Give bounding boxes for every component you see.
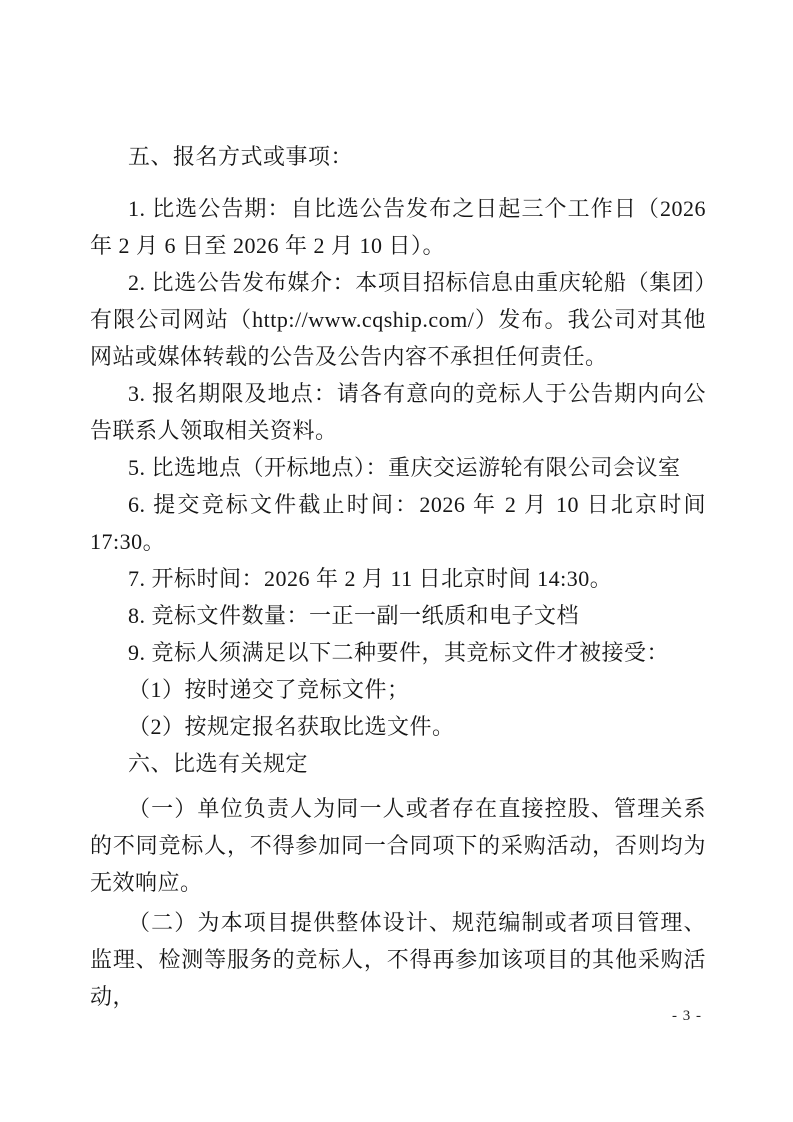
page-number: - 3 - bbox=[647, 1006, 727, 1026]
para-document-quantity: 8. 竞标文件数量：一正一副一纸质和电子文档 bbox=[90, 597, 706, 634]
section-heading-6: 六、比选有关规定 bbox=[90, 745, 706, 782]
para-requirement-1: （1）按时递交了竞标文件； bbox=[90, 671, 706, 708]
document-content: 五、报名方式或事项： 1. 比选公告期：自比选公告发布之日起三个工作日（2026… bbox=[90, 138, 706, 1015]
para-announcement-period: 1. 比选公告期：自比选公告发布之日起三个工作日（2026 年 2 月 6 日至… bbox=[90, 190, 706, 264]
para-submission-deadline: 6. 提交竞标文件截止时间：2026 年 2 月 10 日北京时间 17:30。 bbox=[90, 486, 706, 560]
para-requirement-2: （2）按规定报名获取比选文件。 bbox=[90, 708, 706, 745]
para-opening-time: 7. 开标时间：2026 年 2 月 11 日北京时间 14:30。 bbox=[90, 560, 706, 597]
para-acceptance-requirements: 9. 竞标人须满足以下二种要件，其竞标文件才被接受： bbox=[90, 634, 706, 671]
para-bid-opening-location: 5. 比选地点（开标地点）：重庆交运游轮有限公司会议室 bbox=[90, 449, 706, 486]
para-rule-1: （一）单位负责人为同一人或者存在直接控股、管理关系的不同竞标人，不得参加同一合同… bbox=[90, 790, 706, 901]
document-page: 五、报名方式或事项： 1. 比选公告期：自比选公告发布之日起三个工作日（2026… bbox=[0, 0, 793, 1122]
para-rule-2: （二）为本项目提供整体设计、规范编制或者项目管理、监理、检测等服务的竞标人，不得… bbox=[90, 904, 706, 1015]
para-announcement-media: 2. 比选公告发布媒介：本项目招标信息由重庆轮船（集团）有限公司网站（http:… bbox=[90, 264, 706, 375]
para-registration-deadline: 3. 报名期限及地点：请各有意向的竞标人于公告期内向公告联系人领取相关资料。 bbox=[90, 375, 706, 449]
section-heading-5: 五、报名方式或事项： bbox=[90, 138, 706, 175]
